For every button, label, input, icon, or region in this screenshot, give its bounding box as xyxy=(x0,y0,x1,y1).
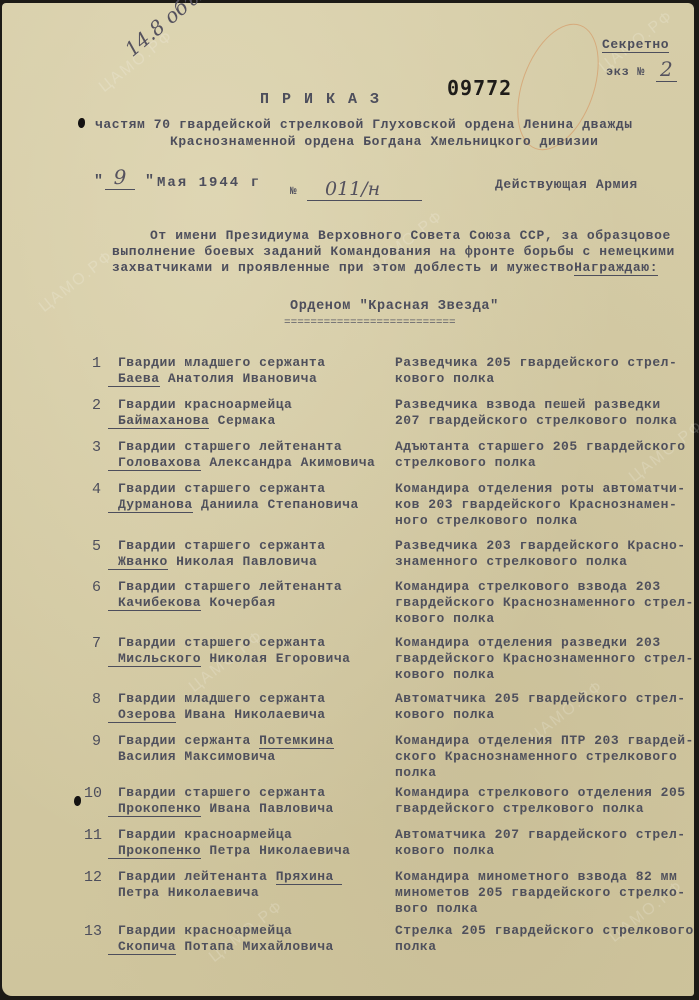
entry-position-line: минометов 205 гвардейского стрелко- xyxy=(395,885,686,901)
date-month-year: Мая 1944 г xyxy=(157,175,261,191)
registration-stamp: 09772 xyxy=(447,76,512,100)
preamble-line-3-text: захватчиками и проявленные при этом добл… xyxy=(112,260,574,275)
entry-given-names: Василия Максимовича xyxy=(118,749,276,765)
entry-position-line: Командира минометного взвода 82 мм xyxy=(395,869,677,885)
entry-number: 7 xyxy=(92,635,101,652)
entry-position-line: гвардейского Краснознаменного стрел- xyxy=(395,651,694,667)
entry-rank: Гвардии лейтенанта xyxy=(118,869,267,884)
entry-rank: Гвардии старшего сержанта xyxy=(118,538,326,554)
entry-given-names: Петра Николаевича xyxy=(118,885,259,901)
ink-blot xyxy=(78,118,85,128)
entry-rank: Гвардии красноармейца xyxy=(118,827,292,843)
entry-position-line: вого полка xyxy=(395,901,478,917)
entry-name: Дурманова Даниила Степановича xyxy=(108,497,359,513)
entry-position-line: ского Краснознаменного стрелкового xyxy=(395,749,677,765)
entry-rank: Гвардии старшего лейтенанта xyxy=(118,439,342,455)
entry-given-names: Анатолия Ивановича xyxy=(168,371,317,386)
entry-position-line: кового полка xyxy=(395,707,495,723)
entry-position-line: кового полка xyxy=(395,371,495,387)
entry-position-line: гвардейского Краснознаменного стрел- xyxy=(395,595,694,611)
preamble-line-3: захватчиками и проявленные при этом добл… xyxy=(112,260,658,275)
watermark: ЦАМО.РФ xyxy=(36,247,118,316)
entry-given-names: Ивана Павловича xyxy=(209,801,334,816)
entry-surname: Жванко xyxy=(108,554,168,570)
entry-rank: Гвардии старшего сержанта xyxy=(118,481,326,497)
header-line-2: Краснознаменной ордена Богдана Хмельницк… xyxy=(170,134,598,149)
entry-surname: Пряхина xyxy=(276,869,342,885)
entry-given-names: Кочербая xyxy=(209,595,275,610)
entry-position-line: полка xyxy=(395,765,437,781)
document-title: ПРИКАЗ xyxy=(260,91,392,108)
entry-number: 3 xyxy=(92,439,101,456)
entry-name: Качибекова Кочербая xyxy=(108,595,276,611)
entry-given-names: Александра Акимовича xyxy=(209,455,375,470)
entry-number: 4 xyxy=(92,481,101,498)
entry-position-line: Командира отделения ПТР 203 гвардей- xyxy=(395,733,694,749)
entry-surname: Прокопенко xyxy=(108,801,201,817)
entry-number: 6 xyxy=(92,579,101,596)
entry-position-line: Автоматчика 207 гвардейского стрел- xyxy=(395,827,686,843)
entry-given-names: Сермака xyxy=(218,413,276,428)
entry-surname: Баева xyxy=(108,371,160,387)
entry-name: Головахова Александра Акимовича xyxy=(108,455,375,471)
entry-surname: Потемкина xyxy=(259,733,334,749)
entry-position-line: Разведчика 205 гвардейского стрел- xyxy=(395,355,677,371)
entry-position-line: Разведчика взвода пешей разведки xyxy=(395,397,661,413)
entry-rank: Гвардии младшего сержанта xyxy=(118,691,326,707)
entry-position-line: кового полка xyxy=(395,843,495,859)
entry-number: 10 xyxy=(84,785,102,802)
date-day: 9 xyxy=(105,165,135,190)
entry-position-line: стрелкового полка xyxy=(395,455,536,471)
preamble-line-2: выполнение боевых заданий Командования н… xyxy=(112,244,675,259)
entry-number: 12 xyxy=(84,869,102,886)
entry-rank: Гвардии старшего сержанта xyxy=(118,635,326,651)
entry-given-names: Николая Егоровича xyxy=(209,651,350,666)
entry-name: Прокопенко Ивана Павловича xyxy=(108,801,334,817)
entry-rank: Гвардии красноармейца xyxy=(118,397,292,413)
award-verb: Награждаю: xyxy=(574,260,658,276)
entry-position-line: Разведчика 203 гвардейского Красно- xyxy=(395,538,686,554)
entry-name: Скопича Потапа Михайловича xyxy=(108,939,334,955)
header-line-1: частям 70 гвардейской стрелковой Глуховс… xyxy=(95,117,633,132)
entry-number: 9 xyxy=(92,733,101,750)
entry-rank: Гвардии старшего сержанта xyxy=(118,785,326,801)
preamble-line-1: От имени Президиума Верховного Совета Со… xyxy=(150,228,671,243)
entry-position-line: кового полка xyxy=(395,667,495,683)
entry-name: Жванко Николая Павловича xyxy=(108,554,317,570)
entry-position-line: гвардейского стрелкового полка xyxy=(395,801,644,817)
entry-name: Озерова Ивана Николаевича xyxy=(108,707,326,723)
entry-rank-and-surname: Гвардии лейтенанта Пряхина xyxy=(118,869,342,885)
entry-surname: Дурманова xyxy=(108,497,193,513)
award-heading-underline: ========================== xyxy=(284,317,456,329)
entry-given-names: Даниила Степановича xyxy=(201,497,359,512)
entry-given-names: Потапа Михайловича xyxy=(184,939,333,954)
date-quote-close: " xyxy=(145,173,155,190)
entry-surname: Баймаханова xyxy=(108,413,209,429)
entry-rank: Гвардии красноармейца xyxy=(118,923,292,939)
entry-position-line: Автоматчика 205 гвардейского стрел- xyxy=(395,691,686,707)
entry-number: 2 xyxy=(92,397,101,414)
entry-rank: Гвардии младшего сержанта xyxy=(118,355,326,371)
entry-position-line: Командира стрелкового отделения 205 xyxy=(395,785,686,801)
copy-number: 2 xyxy=(656,57,677,82)
entry-position-line: Адъютанта старшего 205 гвардейского xyxy=(395,439,686,455)
entry-surname: Скопича xyxy=(108,939,176,955)
classification-label: Секретно xyxy=(602,37,669,53)
date-quote-open: " xyxy=(94,173,104,190)
entry-number: 8 xyxy=(92,691,101,708)
location: Действующая Армия xyxy=(495,177,638,192)
entry-given-names: Ивана Николаевича xyxy=(184,707,325,722)
entry-rank: Гвардии сержанта xyxy=(118,733,251,748)
entry-number: 13 xyxy=(84,923,102,940)
entry-position-line: знаменного стрелкового полка xyxy=(395,554,627,570)
entry-surname: Качибекова xyxy=(108,595,201,611)
entry-rank: Гвардии старшего лейтенанта xyxy=(118,579,342,595)
entry-name: Баева Анатолия Ивановича xyxy=(108,371,317,387)
order-number-label: № xyxy=(290,186,297,198)
entry-rank-and-surname: Гвардии сержанта Потемкина xyxy=(118,733,334,749)
entry-number: 5 xyxy=(92,538,101,555)
handwritten-annotation: 14.8 объявл xyxy=(120,0,232,61)
entry-position-line: полка xyxy=(395,939,437,955)
entry-name: Баймаханова Сермака xyxy=(108,413,276,429)
entry-given-names: Николая Павловича xyxy=(176,554,317,569)
document-page: ЦАМО.РФ ЦАМО.РФ ЦАМО.РФ ЦАМО.РФ ЦАМО.РФ … xyxy=(2,3,694,996)
entry-name: Мисльского Николая Егоровича xyxy=(108,651,350,667)
ink-blot xyxy=(74,796,81,806)
entry-surname: Прокопенко xyxy=(108,843,201,859)
entry-number: 1 xyxy=(92,355,101,372)
entry-position-line: Командира отделения роты автоматчи- xyxy=(395,481,686,497)
entry-number: 11 xyxy=(84,827,102,844)
entry-surname: Озерова xyxy=(108,707,176,723)
entry-position-line: Командира стрелкового взвода 203 xyxy=(395,579,661,595)
entry-position-line: Командира отделения разведки 203 xyxy=(395,635,661,651)
entry-position-line: Стрелка 205 гвардейского стрелкового xyxy=(395,923,694,939)
order-number: 011/н xyxy=(307,178,422,201)
copy-label: экз № xyxy=(606,65,645,79)
entry-position-line: ного стрелкового полка xyxy=(395,513,578,529)
award-heading: Орденом "Красная Звезда" xyxy=(290,299,499,314)
entry-surname: Головахова xyxy=(108,455,201,471)
entry-given-names: Петра Николаевича xyxy=(209,843,350,858)
entry-name: Прокопенко Петра Николаевича xyxy=(108,843,350,859)
entry-position-line: ков 203 гвардейского Краснознамен- xyxy=(395,497,677,513)
entry-surname: Мисльского xyxy=(108,651,201,667)
entry-position-line: кового полка xyxy=(395,611,495,627)
entry-position-line: 207 гвардейского стрелкового полка xyxy=(395,413,677,429)
